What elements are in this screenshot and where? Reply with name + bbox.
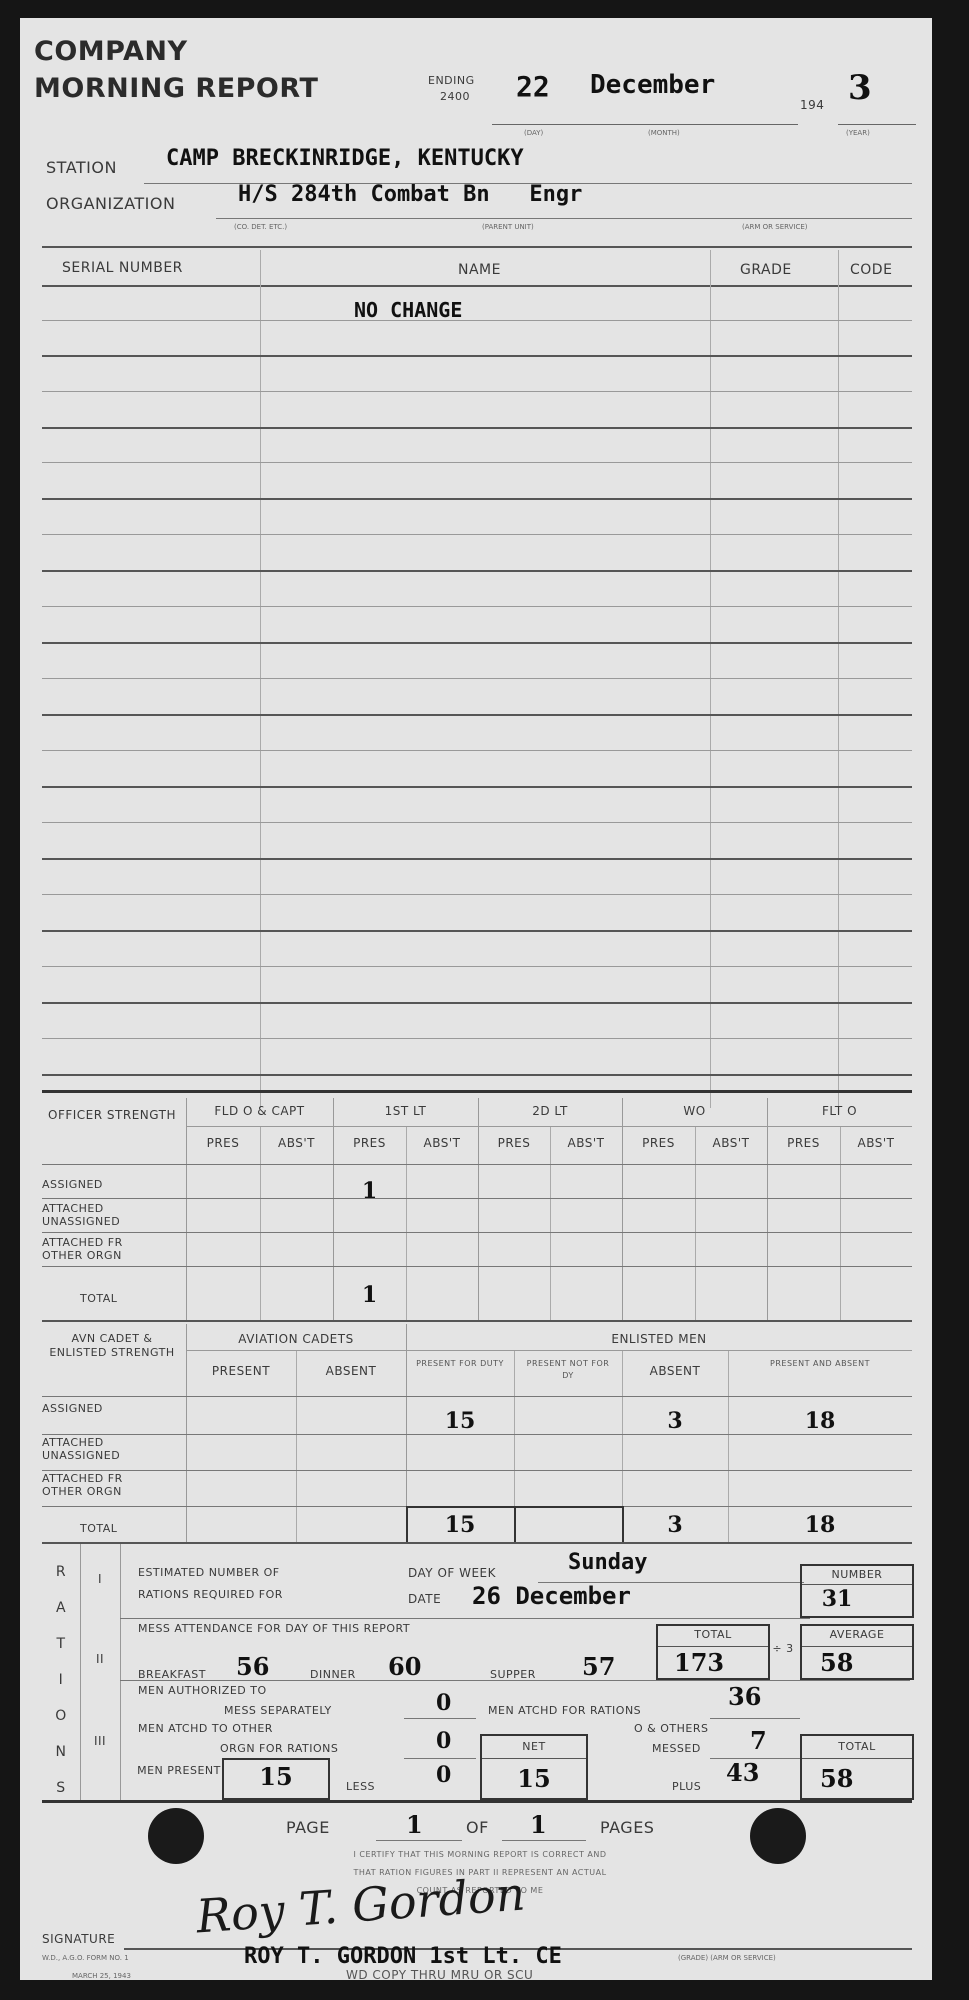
handwritten-signature: Roy T. Gordon — [195, 1867, 527, 1944]
enlisted-strength-title: AVN CADET & ENLISTED STRENGTH — [42, 1332, 182, 1360]
sub-pres: PRES — [767, 1136, 840, 1150]
men-atchd-for-rations-value: 36 — [728, 1682, 761, 1711]
morning-report-form: COMPANY MORNING REPORT ENDING 2400 22 De… — [20, 18, 932, 1980]
sub-pres: PRES — [478, 1136, 550, 1150]
supper-value: 57 — [582, 1652, 615, 1681]
others-messed-label1: O & OTHERS — [634, 1722, 708, 1735]
men-authorized-label1: MEN AUTHORIZED TO — [138, 1684, 267, 1697]
parent-unit-caption: (PARENT UNIT) — [482, 223, 534, 231]
enlisted-assigned-present-for-duty: 15 — [406, 1408, 514, 1434]
mess-total-label: TOTAL — [658, 1628, 768, 1641]
less-label: LESS — [346, 1780, 375, 1793]
col-cadets-present: PRESENT — [186, 1364, 296, 1378]
report-month: December — [590, 70, 715, 100]
day-of-week-value: Sunday — [568, 1550, 647, 1575]
sub-abst: ABS'T — [550, 1136, 622, 1150]
sub-pres: PRES — [186, 1136, 260, 1150]
enlisted-assigned-present-and-absent: 18 — [728, 1408, 912, 1434]
officer-strength-title: OFFICER STRENGTH — [42, 1108, 182, 1123]
ending-label: ENDING — [428, 74, 475, 87]
organization-label: ORGANIZATION — [46, 194, 175, 213]
roster-entry: NO CHANGE — [354, 298, 462, 322]
mess-total-value: 173 — [674, 1648, 724, 1677]
row-label-total: TOTAL — [80, 1522, 117, 1535]
year-suffix: 3 — [848, 68, 872, 108]
average-label: AVERAGE — [802, 1628, 912, 1641]
day-caption: (DAY) — [524, 129, 543, 137]
enlisted-total-present-and-absent: 18 — [728, 1512, 912, 1538]
others-messed-label2: MESSED — [652, 1742, 701, 1755]
sub-abst: ABS'T — [695, 1136, 767, 1150]
officer-assigned-1st-lt-pres: 1 — [333, 1178, 406, 1204]
number-label: NUMBER — [802, 1568, 912, 1581]
organization-value: H/S 284th Combat Bn Engr — [238, 182, 582, 207]
station-value: CAMP BRECKINRIDGE, KENTUCKY — [166, 146, 524, 171]
of-label: OF — [466, 1818, 489, 1837]
day-of-week-label: DAY OF WEEK — [408, 1566, 496, 1580]
group-enlisted-men: ENLISTED MEN — [406, 1332, 912, 1346]
co-caption: (CO. DET. ETC.) — [234, 223, 287, 231]
group-2d-lt: 2D LT — [478, 1104, 622, 1118]
dinner-value: 60 — [388, 1652, 421, 1681]
col-present-and-absent: PRESENT AND ABSENT — [750, 1358, 890, 1370]
row-label-attached-unassigned: ATTACHED UNASSIGNED — [42, 1436, 162, 1462]
enlisted-assigned-absent: 3 — [622, 1408, 728, 1434]
men-authorized-label2: MESS SEPARATELY — [224, 1704, 332, 1717]
rations-side-label: RATIONS — [42, 1554, 80, 1806]
form-number: W.D., A.G.O. FORM NO. 1 — [42, 1954, 129, 1962]
signer-name-grade: ROY T. GORDON 1st Lt. CE — [244, 1944, 562, 1969]
report-day: 22 — [516, 70, 550, 103]
men-authorized-value: 0 — [436, 1690, 451, 1716]
men-atchd-for-rations-label: MEN ATCHD FOR RATIONS — [488, 1704, 641, 1717]
enlisted-total-absent: 3 — [622, 1512, 728, 1538]
col-enlisted-absent: ABSENT — [622, 1364, 728, 1378]
punch-hole-right — [750, 1808, 806, 1864]
row-label-attached-unassigned: ATTACHED UNASSIGNED — [42, 1202, 162, 1228]
grade-arm-caption: (GRADE) (ARM OR SERVICE) — [678, 1954, 776, 1962]
page-number: 1 — [406, 1810, 423, 1839]
form-title-line1: COMPANY — [34, 36, 188, 67]
breakfast-value: 56 — [236, 1652, 269, 1681]
ending-time: 2400 — [440, 90, 470, 103]
enlisted-total-present-for-duty: 15 — [406, 1512, 514, 1538]
form-date: MARCH 25, 1943 — [72, 1972, 131, 1980]
part-ii-numeral: II — [80, 1652, 120, 1666]
group-wo: WO — [622, 1104, 767, 1118]
net-label: NET — [482, 1740, 586, 1753]
plus-value: 43 — [726, 1758, 759, 1787]
less-value: 0 — [436, 1762, 451, 1788]
punch-hole-left — [148, 1808, 204, 1864]
group-flt-o: FLT O — [767, 1104, 912, 1118]
page-label: PAGE — [286, 1818, 330, 1837]
men-atchd-other-label1: MEN ATCHD TO OTHER — [138, 1722, 273, 1735]
sub-pres: PRES — [333, 1136, 406, 1150]
part-i-numeral: I — [80, 1572, 120, 1586]
plus-label: PLUS — [672, 1780, 701, 1793]
part-iii-numeral: III — [80, 1734, 120, 1748]
group-aviation-cadets: AVIATION CADETS — [186, 1332, 406, 1346]
men-present-value: 15 — [224, 1762, 328, 1791]
col-code: CODE — [850, 262, 892, 278]
row-label-attached-fr-other: ATTACHED FR OTHER ORGN — [42, 1236, 162, 1262]
row-label-attached-fr-other: ATTACHED FR OTHER ORGN — [42, 1472, 162, 1498]
part-i-label1: ESTIMATED NUMBER OF — [138, 1566, 280, 1579]
col-serial-number: SERIAL NUMBER — [62, 260, 183, 276]
others-messed-value: 7 — [750, 1726, 767, 1755]
year-prefix: 194 — [800, 98, 824, 112]
men-atchd-other-value: 0 — [436, 1728, 451, 1754]
total-pages: 1 — [530, 1810, 547, 1839]
average-value: 58 — [820, 1648, 853, 1677]
wd-copy-note: WD COPY THRU MRU OR SCU — [346, 1968, 533, 1982]
sub-abst: ABS'T — [260, 1136, 333, 1150]
sub-pres: PRES — [622, 1136, 695, 1150]
officer-total-1st-lt-pres: 1 — [333, 1282, 406, 1308]
certify-line1: I CERTIFY THAT THIS MORNING REPORT IS CO… — [250, 1850, 710, 1859]
col-cadets-absent: ABSENT — [296, 1364, 406, 1378]
col-name: NAME — [458, 262, 501, 278]
group-fld-o-capt: FLD O & CAPT — [186, 1104, 333, 1118]
row-label-assigned: ASSIGNED — [42, 1178, 103, 1191]
row-label-assigned: ASSIGNED — [42, 1402, 103, 1415]
sub-abst: ABS'T — [840, 1136, 912, 1150]
number-value: 31 — [802, 1586, 872, 1612]
arm-caption: (ARM OR SERVICE) — [742, 223, 808, 231]
col-present-for-duty: PRESENT FOR DUTY — [414, 1358, 506, 1370]
col-present-not-for-duty: PRESENT NOT FOR DY — [522, 1358, 614, 1382]
net-value: 15 — [482, 1764, 586, 1793]
station-label: STATION — [46, 158, 117, 177]
divide-by-3: ÷ 3 — [772, 1638, 794, 1660]
ration-date-label: DATE — [408, 1592, 441, 1606]
part-i-label2: RATIONS REQUIRED FOR — [138, 1588, 283, 1601]
sub-abst: ABS'T — [406, 1136, 478, 1150]
row-label-total: TOTAL — [80, 1292, 117, 1305]
men-atchd-other-label2: ORGN FOR RATIONS — [220, 1742, 338, 1755]
month-caption: (MONTH) — [648, 129, 680, 137]
rations-total-value: 58 — [820, 1764, 853, 1793]
col-grade: GRADE — [740, 262, 792, 278]
group-1st-lt: 1ST LT — [333, 1104, 478, 1118]
year-caption: (YEAR) — [846, 129, 870, 137]
ration-date-value: 26 December — [472, 1582, 631, 1610]
men-present-label: MEN PRESENT — [124, 1764, 234, 1778]
pages-label: PAGES — [600, 1818, 654, 1837]
signature-label: SIGNATURE — [42, 1932, 115, 1946]
rations-total-label: TOTAL — [802, 1740, 912, 1753]
form-title-line2: MORNING REPORT — [34, 73, 318, 104]
mess-attendance-title: MESS ATTENDANCE FOR DAY OF THIS REPORT — [138, 1622, 410, 1635]
